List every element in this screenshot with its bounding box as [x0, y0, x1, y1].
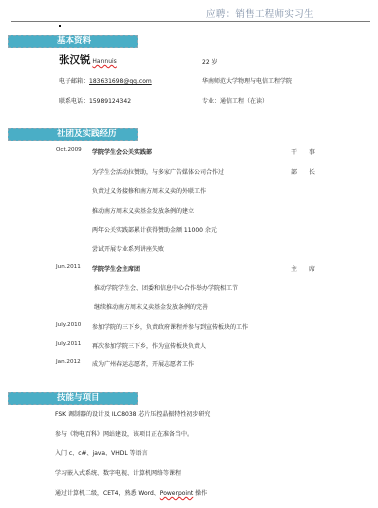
email-row: 电子邮箱：183631698@qq.com [59, 76, 152, 85]
skill-text: 操作 [193, 490, 207, 497]
entry-text: 参加学院的三下乡，负责政府课程并参与到宣传板块的工作 [92, 322, 248, 331]
entry-date: Oct.2009 [56, 147, 82, 153]
skill-text: 通过计算机二级，CET4，熟悉 Word、 [55, 490, 160, 497]
entry-text: 学院学生会主席团 [92, 264, 140, 273]
section-header-basic: 基本资料 [8, 35, 138, 48]
email-link[interactable]: 183631698@qq.com [89, 78, 152, 85]
entry-text: 再次参加学院三下乡，作为宣传板块负责人 [92, 341, 206, 350]
entry-text: 为学生会活动拉赞助，与多家广告媒体公司合作过 [92, 167, 224, 176]
entry-role: 主 席 [291, 264, 320, 273]
age: 22 岁 [202, 57, 218, 66]
entry-date: Jun.2011 [56, 264, 81, 270]
entry-text: 推动南方周末义卖基金发放条例的建立 [92, 206, 194, 215]
name-block: 张汉锐 Hannuis [59, 52, 117, 67]
skill-item: 参与《物电百科》网站建设，该项目正在准备当中。 [55, 429, 193, 438]
section-header-skills: 技能与项目 [8, 392, 138, 405]
entry-text: 继续推动南方周末义卖基金发放条例的完善 [94, 302, 208, 311]
spellcheck-word: Powerpoint [160, 490, 193, 497]
major: 专业：通信工程（在读） [202, 96, 268, 105]
phone-row: 联系电话：15989124342 [59, 96, 131, 105]
phone-number: 15989124342 [89, 98, 131, 105]
entry-role: 部 长 [291, 167, 320, 176]
skill-item: 入门 c、c#、java、VHDL 等语言 [55, 448, 148, 457]
email-label: 电子邮箱： [59, 78, 89, 85]
header-divider [11, 21, 370, 22]
entry-text: 成为广州春运志愿者，开展志愿者工作 [92, 359, 194, 368]
skill-item: 学习嵌入式系统、数字电视、计算机网络等课程 [55, 468, 181, 477]
entry-date: Jan.2012 [56, 359, 81, 365]
position-title: 应聘：销售工程师实习生 [206, 6, 314, 20]
entry-text: 两年公关实践部累计获得赞助金额 11000 余元 [92, 225, 217, 234]
phone-label: 联系电话： [59, 98, 89, 105]
entry-date: July.2010 [56, 322, 81, 328]
entry-role: 干 事 [291, 147, 320, 156]
entry-text: 尝试开展专业系列讲座失败 [92, 244, 164, 253]
english-name: Hannuis [92, 58, 116, 65]
bullet-marker [59, 25, 61, 27]
skill-item: FSK 调制器的设计及 ILC8038 芯片压控晶振特性初步研究 [55, 409, 210, 418]
school: 华南师范大学物理与电信工程学院 [202, 76, 292, 85]
entry-text: 负责过义务接修和南方周末义卖的外联工作 [92, 186, 206, 195]
entry-text: 推动学院学生会、团委和信息中心合作举办学院相工节 [94, 283, 238, 292]
section-header-experience: 社团及实践经历 [8, 128, 138, 141]
entry-date: July.2011 [56, 341, 81, 347]
skill-item: 通过计算机二级，CET4，熟悉 Word、Powerpoint 操作 [55, 488, 207, 497]
entry-text: 学院学生会公关实践部 [92, 147, 152, 156]
full-name: 张汉锐 [59, 54, 91, 66]
